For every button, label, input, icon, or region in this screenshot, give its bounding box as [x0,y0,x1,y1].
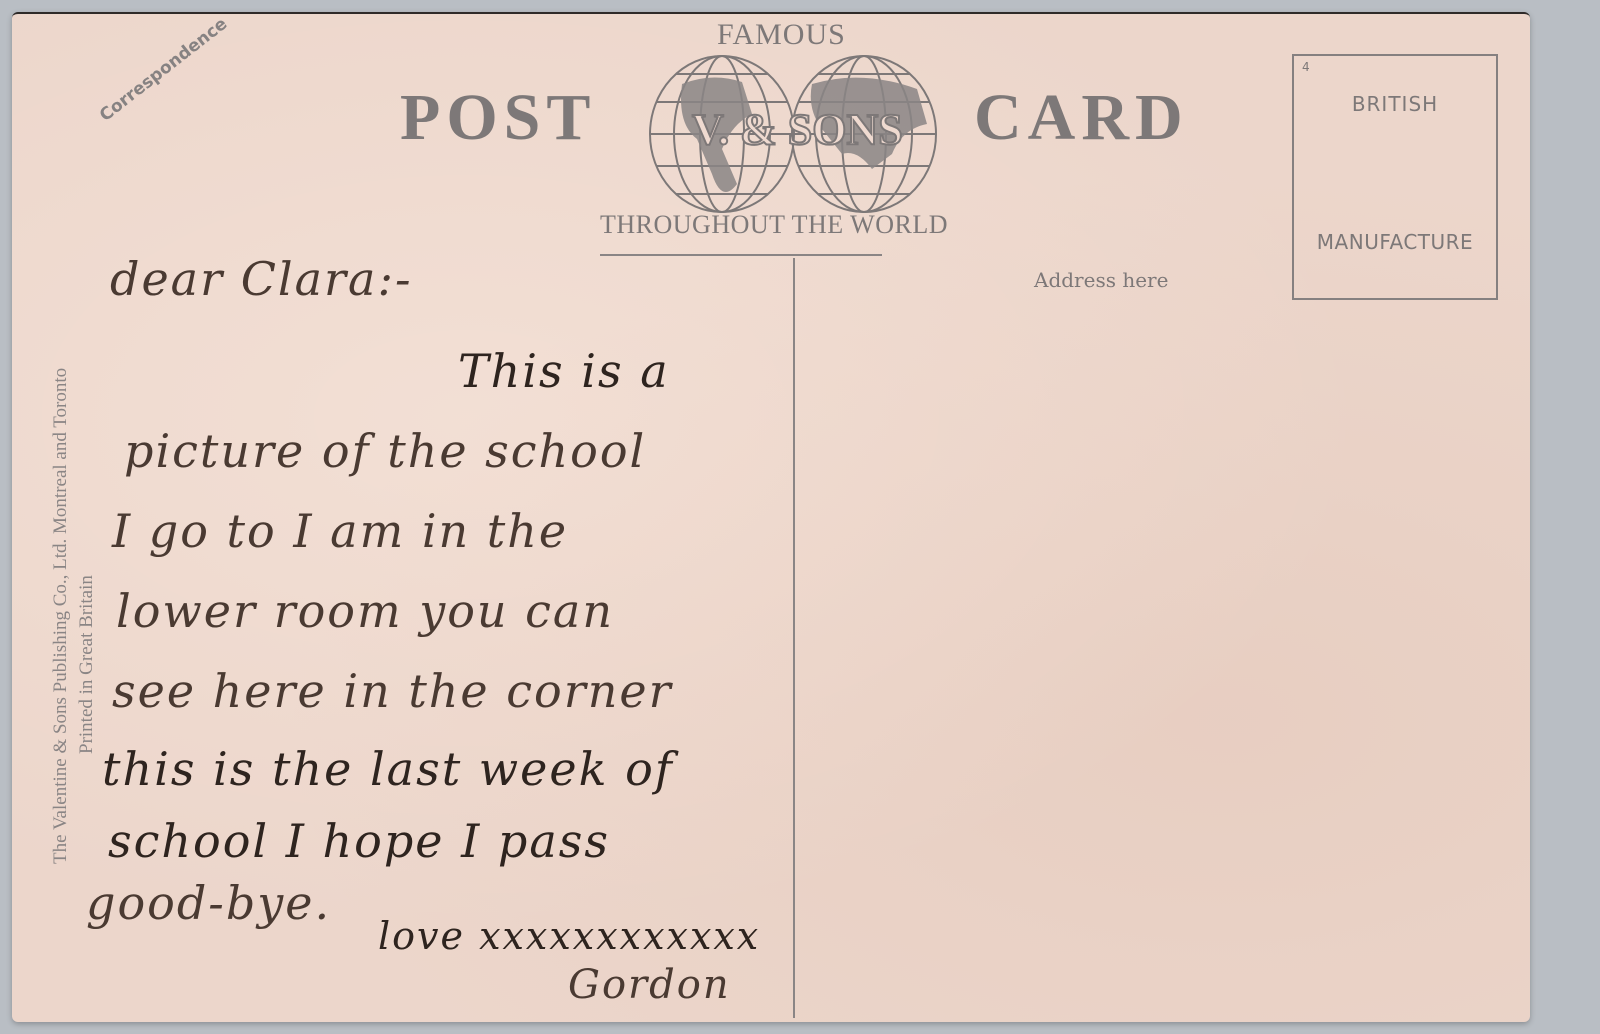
address-label: Address here [1034,268,1168,292]
stamp-box-line-1: BRITISH [1294,92,1496,116]
publisher-line-2: Printed in Great Britain [74,368,100,864]
stamp-box-line-2: MANUFACTURE [1294,230,1496,254]
famous-label: FAMOUS [717,18,846,52]
stamp-box: 4 BRITISH MANUFACTURE [1292,54,1498,300]
v-and-sons-logo: V. & SONS [692,104,903,155]
message-line: good-bye. [86,876,331,930]
message-line: see here in the corner [112,664,673,718]
message-line: dear Clara:- [110,252,413,306]
publisher-imprint: The Valentine & Sons Publishing Co., Ltd… [48,368,100,864]
post-word: POST [400,80,596,156]
postcard-back: FAMOUS POST V. & SONS CARD THROUGHOUT [12,12,1530,1022]
publisher-line-1: The Valentine & Sons Publishing Co., Ltd… [48,368,74,864]
message-line: lower room you can [116,584,614,638]
message-line: I go to I am in the [112,504,568,558]
center-divider [793,258,795,1018]
signature: Gordon [568,962,731,1008]
message-line: love xxxxxxxxxxxx [378,914,760,958]
message-line: This is a [458,344,670,398]
message-line: picture of the school [124,424,646,478]
message-line: this is the last week of [102,742,674,796]
tagline: THROUGHOUT THE WORLD [600,210,948,240]
stamp-box-number: 4 [1302,60,1310,74]
card-word: CARD [974,80,1189,156]
tagline-rule [600,254,882,256]
correspondence-label: Correspondence [96,14,231,126]
message-line: school I hope I pass [108,814,610,868]
